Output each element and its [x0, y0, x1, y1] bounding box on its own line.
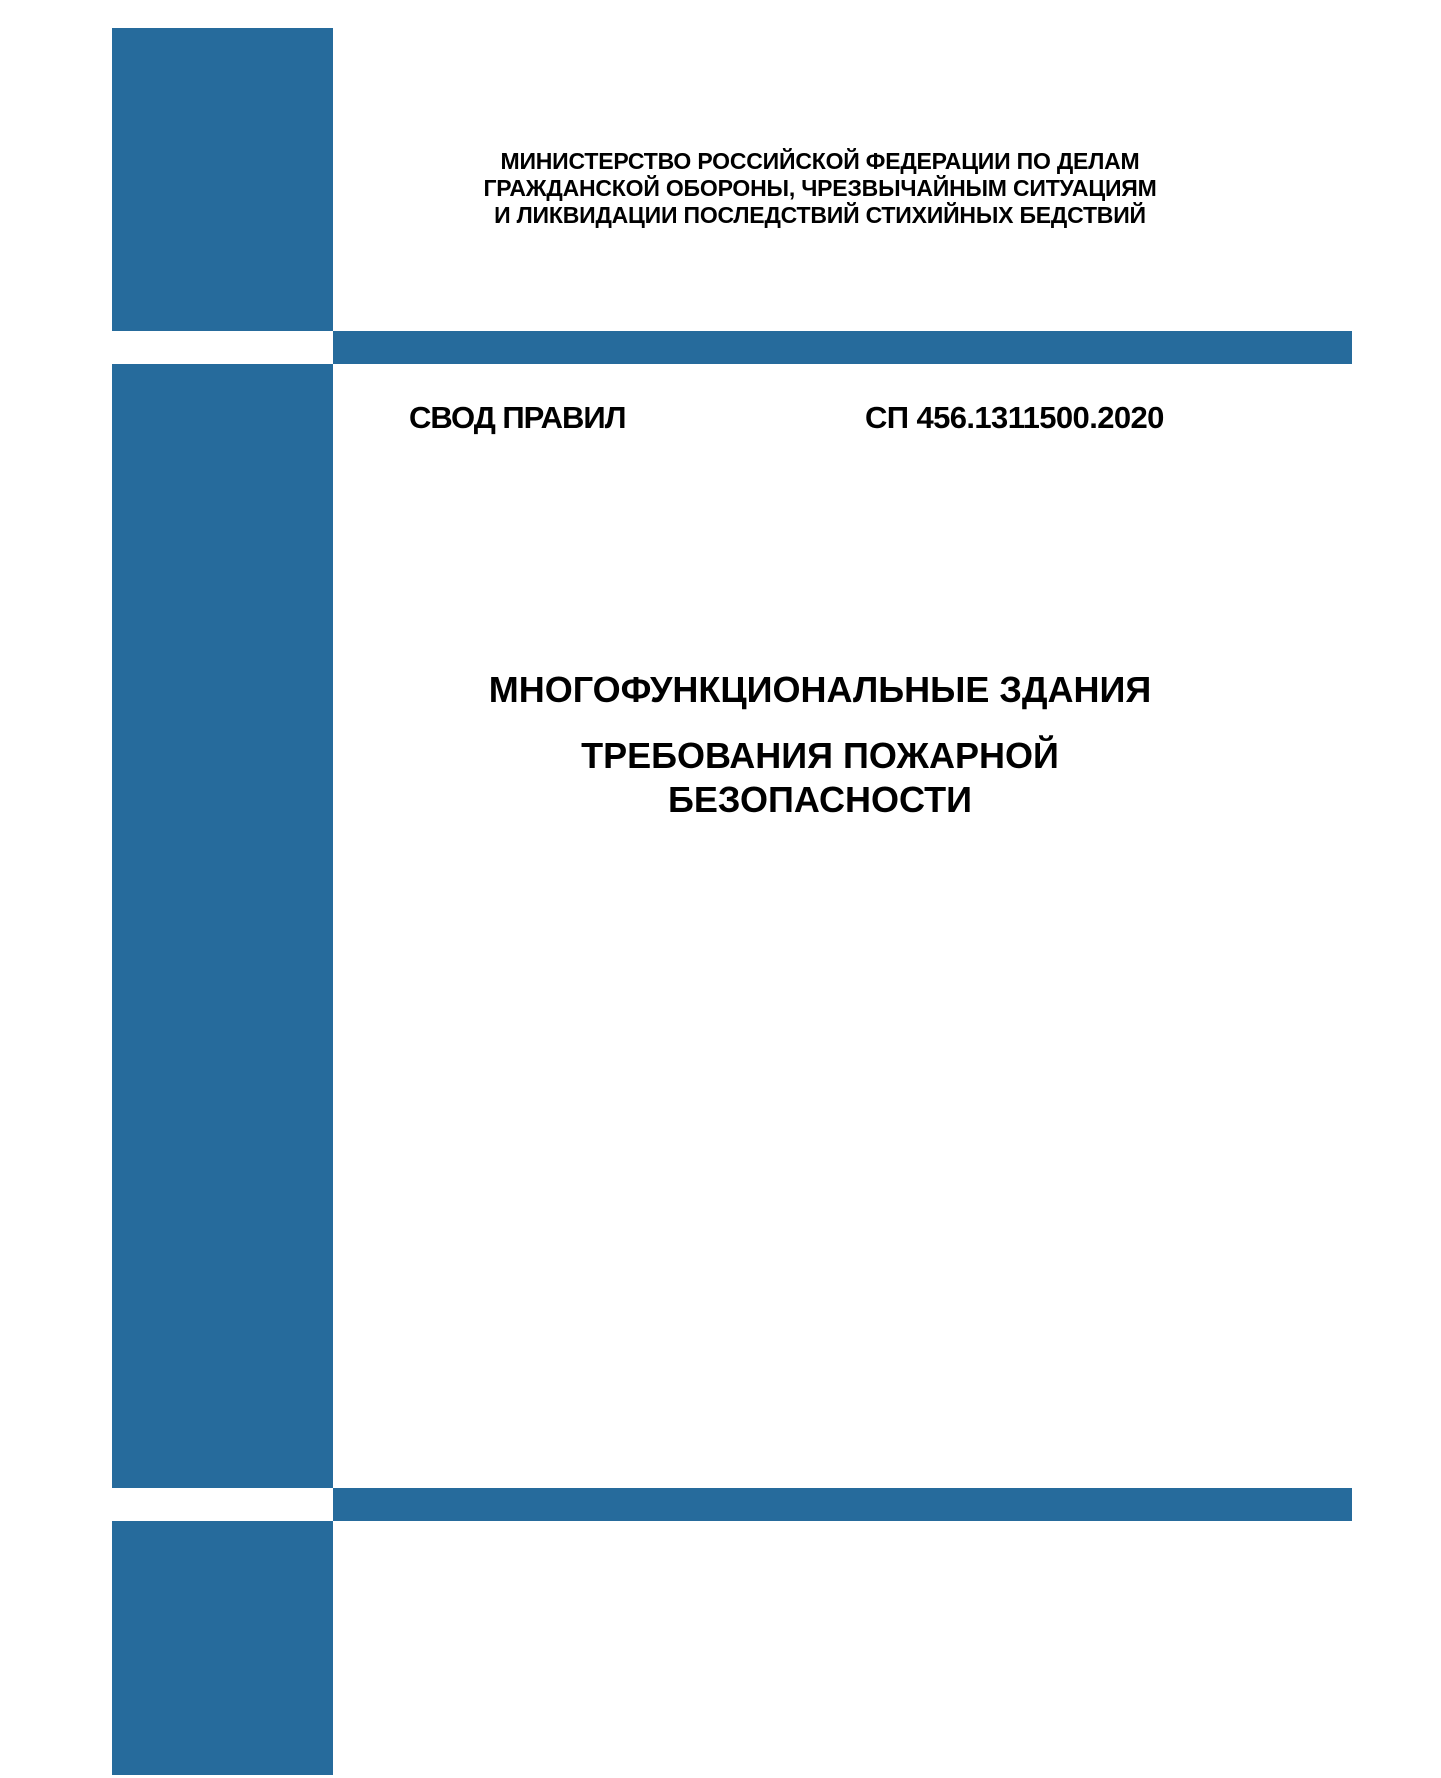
decorative-column-top	[112, 28, 333, 331]
decorative-bar-top	[333, 331, 1352, 364]
ministry-line: МИНИСТЕРСТВО РОССИЙСКОЙ ФЕДЕРАЦИИ ПО ДЕЛ…	[400, 148, 1240, 175]
subtitle-line: БЕЗОПАСНОСТИ	[400, 778, 1240, 822]
document-subtitle: ТРЕБОВАНИЯ ПОЖАРНОЙ БЕЗОПАСНОСТИ	[400, 734, 1240, 822]
document-title: МНОГОФУНКЦИОНАЛЬНЫЕ ЗДАНИЯ	[400, 668, 1240, 712]
document-type: СВОД ПРАВИЛ	[409, 400, 625, 436]
decorative-bar-bottom	[333, 1488, 1352, 1521]
subtitle-line: ТРЕБОВАНИЯ ПОЖАРНОЙ	[400, 734, 1240, 778]
decorative-column-middle	[112, 364, 333, 1488]
ministry-name: МИНИСТЕРСТВО РОССИЙСКОЙ ФЕДЕРАЦИИ ПО ДЕЛ…	[400, 148, 1240, 229]
ministry-line: И ЛИКВИДАЦИИ ПОСЛЕДСТВИЙ СТИХИЙНЫХ БЕДСТ…	[400, 202, 1240, 229]
ministry-line: ГРАЖДАНСКОЙ ОБОРОНЫ, ЧРЕЗВЫЧАЙНЫМ СИТУАЦ…	[400, 175, 1240, 202]
document-code: СП 456.1311500.2020	[865, 400, 1164, 436]
decorative-column-bottom	[112, 1521, 333, 1775]
